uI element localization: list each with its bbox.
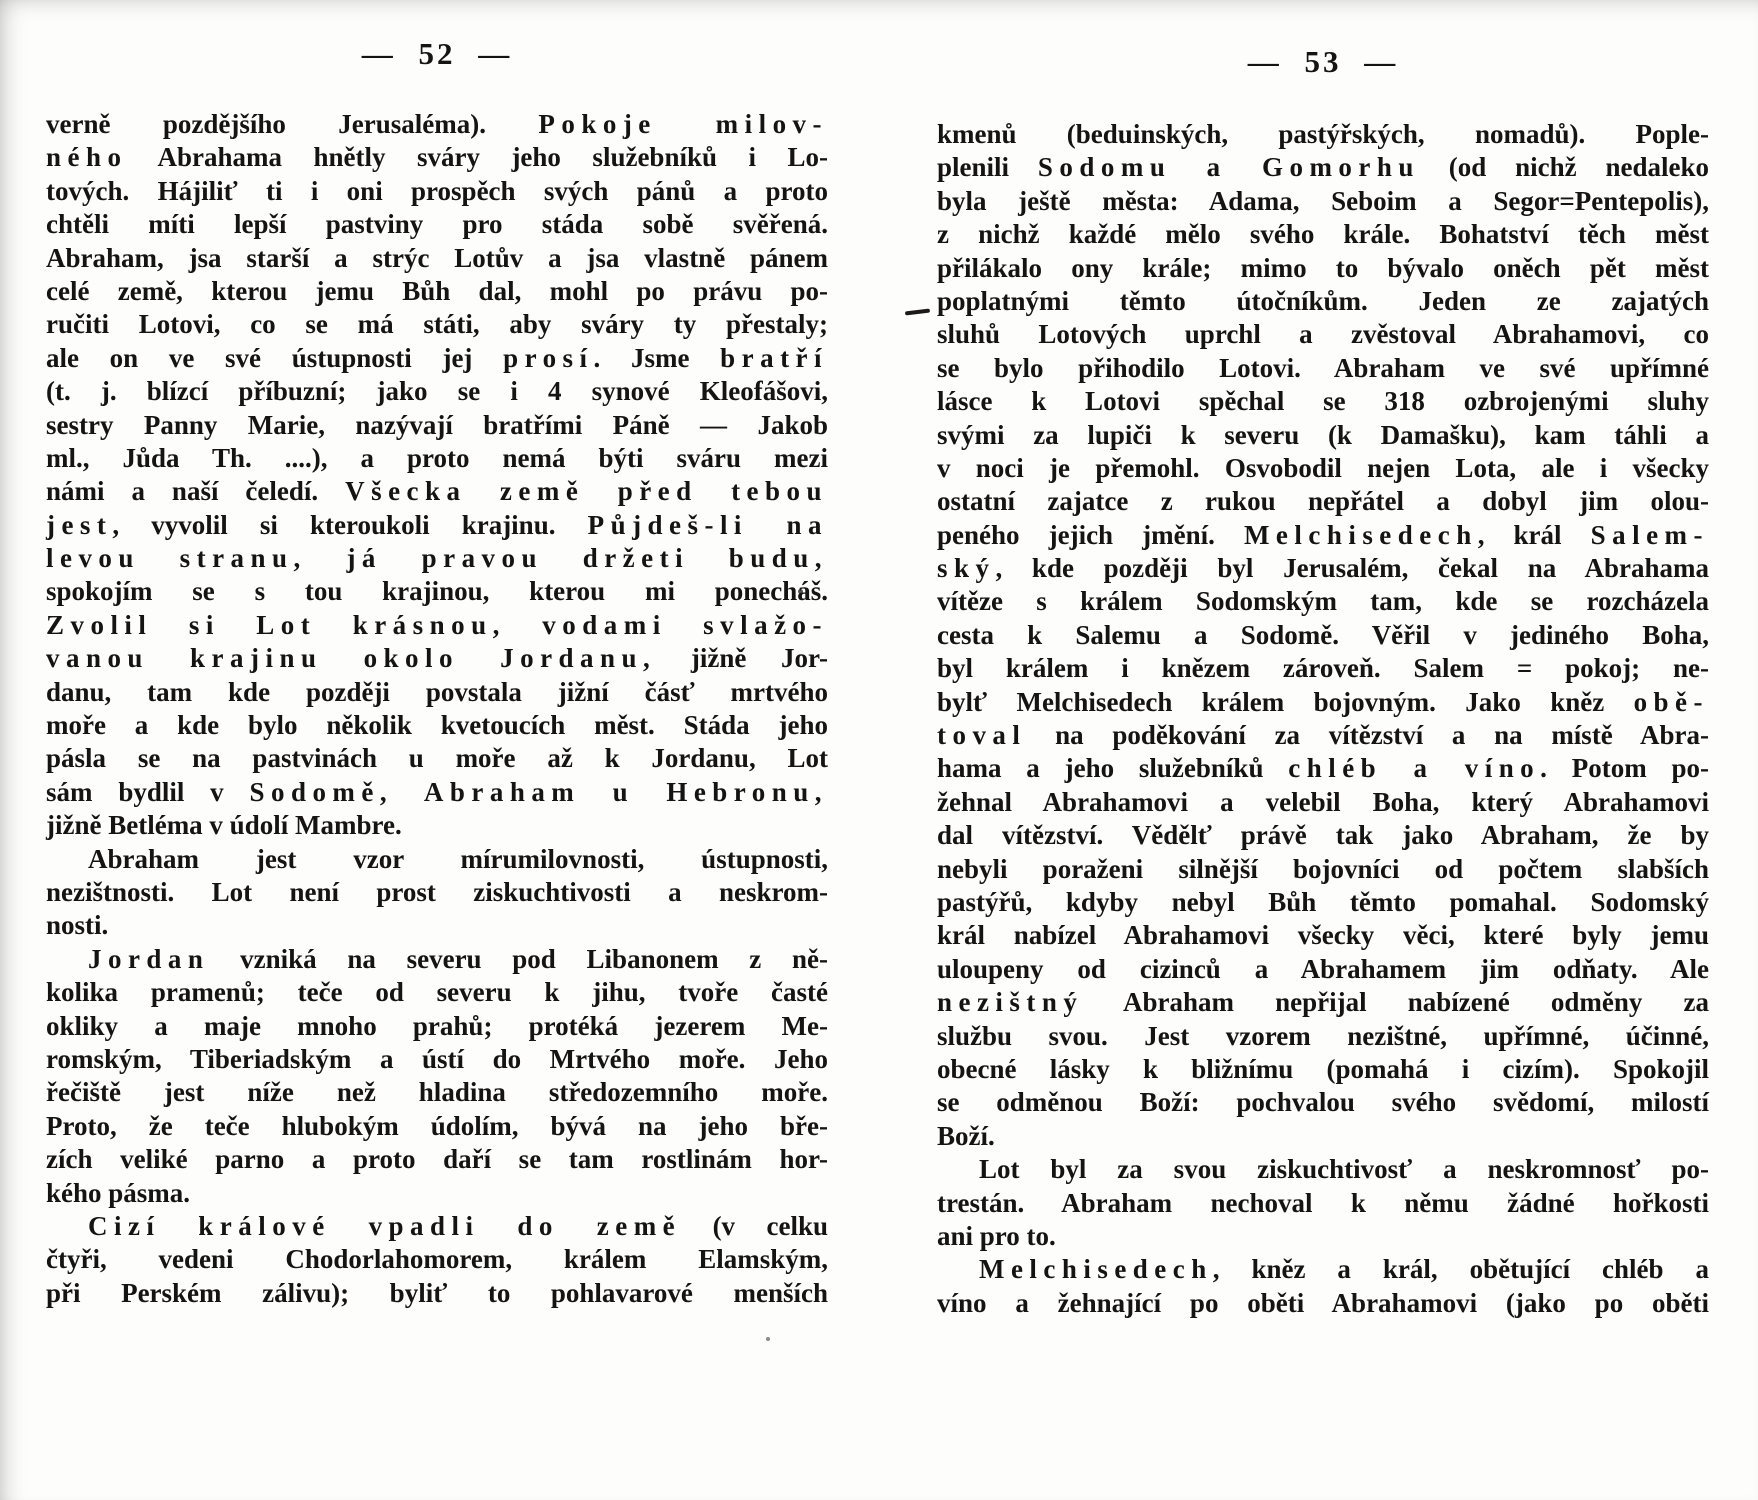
text-line: čtyři, vedeni Chodorlahomorem, králem El… [46, 1243, 828, 1276]
text-segment: se bylo přihodilo Lotovi. Abraham ve své… [937, 353, 1709, 383]
text-line: žehnal Abrahamovi a velebil Boha, který … [937, 786, 1709, 819]
text-segment: (t. j. blízcí příbuzní; jako se i 4 syno… [46, 376, 828, 406]
text-segment: ostatní zajatce z rukou nepřátel a dobyl… [937, 486, 1709, 516]
text-segment: žehnal Abrahamovi a velebil Boha, který … [937, 787, 1709, 817]
text-segment: . Potom po- [1540, 753, 1709, 783]
text-segment: službu svou. Jest vzorem nezištné, upřím… [937, 1021, 1709, 1051]
emphasized-text: chléb a víno [1288, 753, 1540, 783]
text-segment: poplatnými těmto útočníkům. Jeden ze zaj… [937, 286, 1709, 316]
text-segment: ml., Jůda Th. ....), a proto nemá býti s… [46, 443, 828, 473]
text-line: (t. j. blízcí příbuzní; jako se i 4 syno… [46, 375, 828, 408]
text-line: byl králem i knězem zároveň. Salem = pok… [937, 652, 1709, 685]
text-segment: Boží. [937, 1121, 995, 1151]
text-line: službu svou. Jest vzorem nezištné, upřím… [937, 1020, 1709, 1053]
text-line: nebyli poraženi silnější bojovníci od po… [937, 853, 1709, 886]
text-segment: pásla se na pastvinách u moře až k Jorda… [46, 743, 828, 773]
scan-artifact-dash [905, 308, 930, 315]
text-line: kmenů (beduinských, pastýřských, nomadů)… [937, 118, 1709, 151]
text-line: poplatnými těmto útočníkům. Jeden ze zaj… [937, 285, 1709, 318]
text-line: sám bydlil v Sodomě, Abraham u Hebronu, [46, 776, 828, 809]
text-segment: , kde později byl Jerusalém, čekal na Ab… [995, 553, 1709, 583]
text-segment: Abraham jest vzor mírumilovnosti, ústupn… [88, 844, 828, 874]
text-line: král nabízel Abrahamovi všecky věci, kte… [937, 919, 1709, 952]
text-line: ného Abrahama hnětly sváry jeho služební… [46, 141, 828, 174]
text-segment: obecné lásky k bližnímu (pomahá i cizím)… [937, 1054, 1709, 1084]
text-segment: verně pozdějšího Jerusaléma). [46, 109, 538, 139]
text-segment: čtyři, vedeni Chodorlahomorem, králem El… [46, 1244, 828, 1274]
text-line: celé země, kterou jemu Bůh dal, mohl po … [46, 275, 828, 308]
text-line: při Perském zálivu); byliť to pohlavarov… [46, 1277, 828, 1310]
emphasized-text: ného [46, 142, 127, 172]
text-line: obecné lásky k bližnímu (pomahá i cizím)… [937, 1053, 1709, 1086]
emphasized-text: Všecka země před tebou [345, 476, 828, 506]
text-line: danu, tam kde později povstala jižní čás… [46, 676, 828, 709]
text-line: byla ještě města: Adama, Seboim a Segor=… [937, 185, 1709, 218]
text-line: moře a kde bylo několik kvetoucích měst.… [46, 709, 828, 742]
page-53: — 53 — kmenů (beduinských, pastýřských, … [937, 0, 1709, 1500]
page-number: — 52 — [46, 36, 828, 72]
text-line: jest, vyvolil si kteroukoli krajinu. Půj… [46, 509, 828, 542]
text-line: ale on ve své ústupnosti jej prosí. Jsme… [46, 342, 828, 375]
text-segment: (od nichž nedaleko [1420, 152, 1709, 182]
emphasized-text: jest [46, 510, 112, 540]
text-segment: sám bydlil v [46, 777, 249, 807]
text-line: chtěli míti lepší pastviny pro stáda sob… [46, 208, 828, 241]
text-segment: tových. Hájiliť ti i oni prospěch svých … [46, 176, 828, 206]
text-segment: moře a kde bylo několik kvetoucích měst.… [46, 710, 828, 740]
text-segment: . Jsme [594, 343, 721, 373]
emphasized-text: vanou krajinu okolo Jordanu, [46, 643, 656, 673]
text-segment: hama a jeho služebníků [937, 753, 1288, 783]
text-segment: kolika pramenů; teče od severu k jihu, t… [46, 977, 828, 1007]
text-segment: , král [1478, 520, 1591, 550]
emphasized-text: toval [937, 720, 1026, 750]
text-segment: danu, tam kde později povstala jižní čás… [46, 677, 828, 707]
text-segment: byl králem i knězem zároveň. Salem = pok… [937, 653, 1709, 683]
text-line: kého pásma. [46, 1177, 828, 1210]
text-line: cesta k Salemu a Sodomě. Věřil v jedinéh… [937, 619, 1709, 652]
text-segment: přilákalo ony krále; mimo to bývalo oněc… [937, 253, 1709, 283]
emphasized-text: Melchisedech [979, 1254, 1213, 1284]
text-segment: peného jejich jmění. [937, 520, 1244, 550]
text-line: bylť Melchisedech králem bojovným. Jako … [937, 686, 1709, 719]
page-text-column: verně pozdějšího Jerusaléma). Pokoje mil… [46, 108, 828, 1310]
emphasized-text: Sodomu a Gomorhu [1038, 152, 1420, 182]
text-segment: Lot byl za svou ziskuchtivosť a neskromn… [979, 1154, 1709, 1184]
text-segment: sluhů Lotových uprchl a zvěstoval Abraha… [937, 319, 1709, 349]
text-line: Jordan vzniká na severu pod Libanonem z … [46, 943, 828, 976]
text-line: se bylo přihodilo Lotovi. Abraham ve své… [937, 352, 1709, 385]
text-line: Zvolil si Lot krásnou, vodami svlažo- [46, 609, 828, 642]
text-line: vanou krajinu okolo Jordanu, jižně Jor- [46, 642, 828, 675]
page-number: — 53 — [937, 44, 1709, 80]
text-segment: bylť Melchisedech králem bojovným. Jako … [937, 687, 1634, 717]
emphasized-text: nezištný [937, 987, 1083, 1017]
emphasized-text: Jordan [88, 944, 209, 974]
text-line: Proto, že teče hlubokým údolím, bývá na … [46, 1110, 828, 1143]
text-line: okliky a maje mnoho prahů; protéká jezer… [46, 1010, 828, 1043]
text-line: levou stranu, já pravou držeti budu, [46, 542, 828, 575]
text-line: hama a jeho služebníků chléb a víno. Pot… [937, 752, 1709, 785]
emphasized-text: Melchisedech [1244, 520, 1478, 550]
emphasized-text: Salem- [1591, 520, 1709, 550]
text-segment: při Perském zálivu); byliť to pohlavarov… [46, 1278, 828, 1308]
emphasized-text: Cizí králové vpadli do země [88, 1211, 681, 1241]
text-line: Lot byl za svou ziskuchtivosť a neskromn… [937, 1153, 1709, 1186]
emphasized-text: bratří [720, 343, 828, 373]
emphasized-text: Půjdeš-li na [588, 510, 828, 540]
text-line: plenili Sodomu a Gomorhu (od nichž nedal… [937, 151, 1709, 184]
text-segment: svými za lupiči k severu (k Damašku), ka… [937, 420, 1709, 450]
text-segment: vzniká na severu pod Libanonem z ně- [209, 944, 828, 974]
text-segment: z nichž každé mělo svého krále. Bohatstv… [937, 219, 1709, 249]
text-line: romským, Tiberiadským a ústí do Mrtvého … [46, 1043, 828, 1076]
text-segment: jižně Betléma v údolí Mambre. [46, 810, 402, 840]
scan-artifact-dot [798, 589, 803, 594]
text-line: ml., Jůda Th. ....), a proto nemá býti s… [46, 442, 828, 475]
text-segment: , kněz a král, obětující chléb a [1213, 1254, 1709, 1284]
text-segment: vítěze s králem Sodomským tam, kde se ro… [937, 586, 1709, 616]
text-line: spokojím se s tou krajinou, kterou mi po… [46, 575, 828, 608]
text-segment: nezištnosti. Lot není prost ziskuchtivos… [46, 877, 828, 907]
text-segment: námi a naší čeledí. [46, 476, 345, 506]
text-segment: ani pro to. [937, 1221, 1056, 1251]
text-segment: Abrahama hnětly sváry jeho služebníků i … [127, 142, 828, 172]
text-line: pastýřů, kdyby nebyl Bůh těmto pomahal. … [937, 886, 1709, 919]
text-line: ostatní zajatce z rukou nepřátel a dobyl… [937, 485, 1709, 518]
text-segment: Abraham, jsa starší a strýc Lotův a jsa … [46, 243, 828, 273]
emphasized-text: Zvolil si Lot krásnou, vodami svlažo- [46, 610, 828, 640]
emphasized-text: levou stranu, já pravou držeti budu, [46, 543, 828, 573]
text-line: Boží. [937, 1120, 1709, 1153]
text-line: Abraham, jsa starší a strýc Lotův a jsa … [46, 242, 828, 275]
page-text-column: kmenů (beduinských, pastýřských, nomadů)… [937, 118, 1709, 1320]
text-line: z nichž každé mělo svého krále. Bohatstv… [937, 218, 1709, 251]
text-segment: se odměnou Boží: pochvalou svého svědomí… [937, 1087, 1709, 1117]
text-segment: kého pásma. [46, 1178, 190, 1208]
text-line: kolika pramenů; teče od severu k jihu, t… [46, 976, 828, 1009]
text-line: tových. Hájiliť ti i oni prospěch svých … [46, 175, 828, 208]
scan-artifact-dot [766, 1337, 770, 1341]
text-line: v noci je přemohl. Osvobodil nejen Lota,… [937, 452, 1709, 485]
text-segment: lásce k Lotovi spěchal se 318 ozbrojeným… [937, 386, 1709, 416]
text-line: Melchisedech, kněz a král, obětující chl… [937, 1253, 1709, 1286]
text-line: sestry Panny Marie, nazývají bratřími Pá… [46, 409, 828, 442]
text-line: peného jejich jmění. Melchisedech, král … [937, 519, 1709, 552]
text-line: Cizí králové vpadli do země (v celku [46, 1210, 828, 1243]
text-segment: dal vítězství. Vědělť právě tak jako Abr… [937, 820, 1709, 850]
text-line: ský, kde později byl Jerusalém, čekal na… [937, 552, 1709, 585]
text-segment: zích veliké parno a proto daří se tam ro… [46, 1144, 828, 1174]
book-scan: { "document": { "paper_color": "#fdfdfb"… [0, 0, 1758, 1500]
text-segment: chtěli míti lepší pastviny pro stáda sob… [46, 209, 828, 239]
text-segment: v noci je přemohl. Osvobodil nejen Lota,… [937, 453, 1709, 483]
text-line: sluhů Lotových uprchl a zvěstoval Abraha… [937, 318, 1709, 351]
text-segment: jižně Jor- [656, 643, 828, 673]
page-52: — 52 — verně pozdějšího Jerusaléma). Pok… [46, 0, 828, 1500]
text-line: Abraham jest vzor mírumilovnosti, ústupn… [46, 843, 828, 876]
text-segment: na poděkování za vítězství a na místě Ab… [1026, 720, 1709, 750]
text-line: nosti. [46, 909, 828, 942]
text-line: nezištnosti. Lot není prost ziskuchtivos… [46, 876, 828, 909]
text-line: uloupeny od cizinců a Abrahamem jim odňa… [937, 953, 1709, 986]
text-segment: kmenů (beduinských, pastýřských, nomadů)… [937, 119, 1709, 149]
text-segment: okliky a maje mnoho prahů; protéká jezer… [46, 1011, 828, 1041]
text-segment: nosti. [46, 910, 108, 940]
text-segment: ale on ve své ústupnosti jej [46, 343, 503, 373]
text-line: pásla se na pastvinách u moře až k Jorda… [46, 742, 828, 775]
text-segment: nebyli poraženi silnější bojovníci od po… [937, 854, 1709, 884]
text-line: námi a naší čeledí. Všecka země před teb… [46, 475, 828, 508]
text-line: zích veliké parno a proto daří se tam ro… [46, 1143, 828, 1176]
text-line: verně pozdějšího Jerusaléma). Pokoje mil… [46, 108, 828, 141]
emphasized-text: obě- [1634, 687, 1709, 717]
text-line: toval na poděkování za vítězství a na mí… [937, 719, 1709, 752]
text-line: trestán. Abraham nechoval k němu žádné h… [937, 1187, 1709, 1220]
emphasized-text: prosí [503, 343, 593, 373]
text-segment: uloupeny od cizinců a Abrahamem jim odňa… [937, 954, 1709, 984]
text-line: ani pro to. [937, 1220, 1709, 1253]
text-line: lásce k Lotovi spěchal se 318 ozbrojeným… [937, 385, 1709, 418]
text-line: nezištný Abraham nepřijal nabízené odměn… [937, 986, 1709, 1019]
text-segment: víno a žehnající po oběti Abrahamovi (ja… [937, 1288, 1709, 1318]
text-segment: sestry Panny Marie, nazývají bratřími Pá… [46, 410, 828, 440]
text-segment: cesta k Salemu a Sodomě. Věřil v jedinéh… [937, 620, 1709, 650]
text-segment: (v celku [681, 1211, 828, 1241]
text-segment: ručiti Lotovi, co se má státi, aby sváry… [46, 309, 828, 339]
text-segment: spokojím se s tou krajinou, kterou mi po… [46, 576, 828, 606]
text-line: dal vítězství. Vědělť právě tak jako Abr… [937, 819, 1709, 852]
text-segment: pastýřů, kdyby nebyl Bůh těmto pomahal. … [937, 887, 1709, 917]
text-line: řečiště jest níže než hladina středozemn… [46, 1076, 828, 1109]
text-segment: byla ještě města: Adama, Seboim a Segor=… [937, 186, 1709, 216]
emphasized-text: ský [937, 553, 995, 583]
text-line: vítěze s králem Sodomským tam, kde se ro… [937, 585, 1709, 618]
text-segment: trestán. Abraham nechoval k němu žádné h… [937, 1188, 1709, 1218]
text-segment: Abraham nepřijal nabízené odměny za [1083, 987, 1709, 1017]
text-segment: řečiště jest níže než hladina středozemn… [46, 1077, 828, 1107]
text-line: jižně Betléma v údolí Mambre. [46, 809, 828, 842]
text-segment: celé země, kterou jemu Bůh dal, mohl po … [46, 276, 828, 306]
emphasized-text: Sodomě, Abraham u Hebronu, [249, 777, 828, 807]
text-segment: plenili [937, 152, 1038, 182]
text-line: svými za lupiči k severu (k Damašku), ka… [937, 419, 1709, 452]
text-segment: král nabízel Abrahamovi všecky věci, kte… [937, 920, 1709, 950]
text-segment: romským, Tiberiadským a ústí do Mrtvého … [46, 1044, 828, 1074]
text-line: přilákalo ony krále; mimo to bývalo oněc… [937, 252, 1709, 285]
text-line: ručiti Lotovi, co se má státi, aby sváry… [46, 308, 828, 341]
text-line: víno a žehnající po oběti Abrahamovi (ja… [937, 1287, 1709, 1320]
emphasized-text: Pokoje milov- [538, 109, 828, 139]
text-segment: Proto, že teče hlubokým údolím, bývá na … [46, 1111, 828, 1141]
text-line: se odměnou Boží: pochvalou svého svědomí… [937, 1086, 1709, 1119]
text-segment: , vyvolil si kteroukoli krajinu. [112, 510, 587, 540]
